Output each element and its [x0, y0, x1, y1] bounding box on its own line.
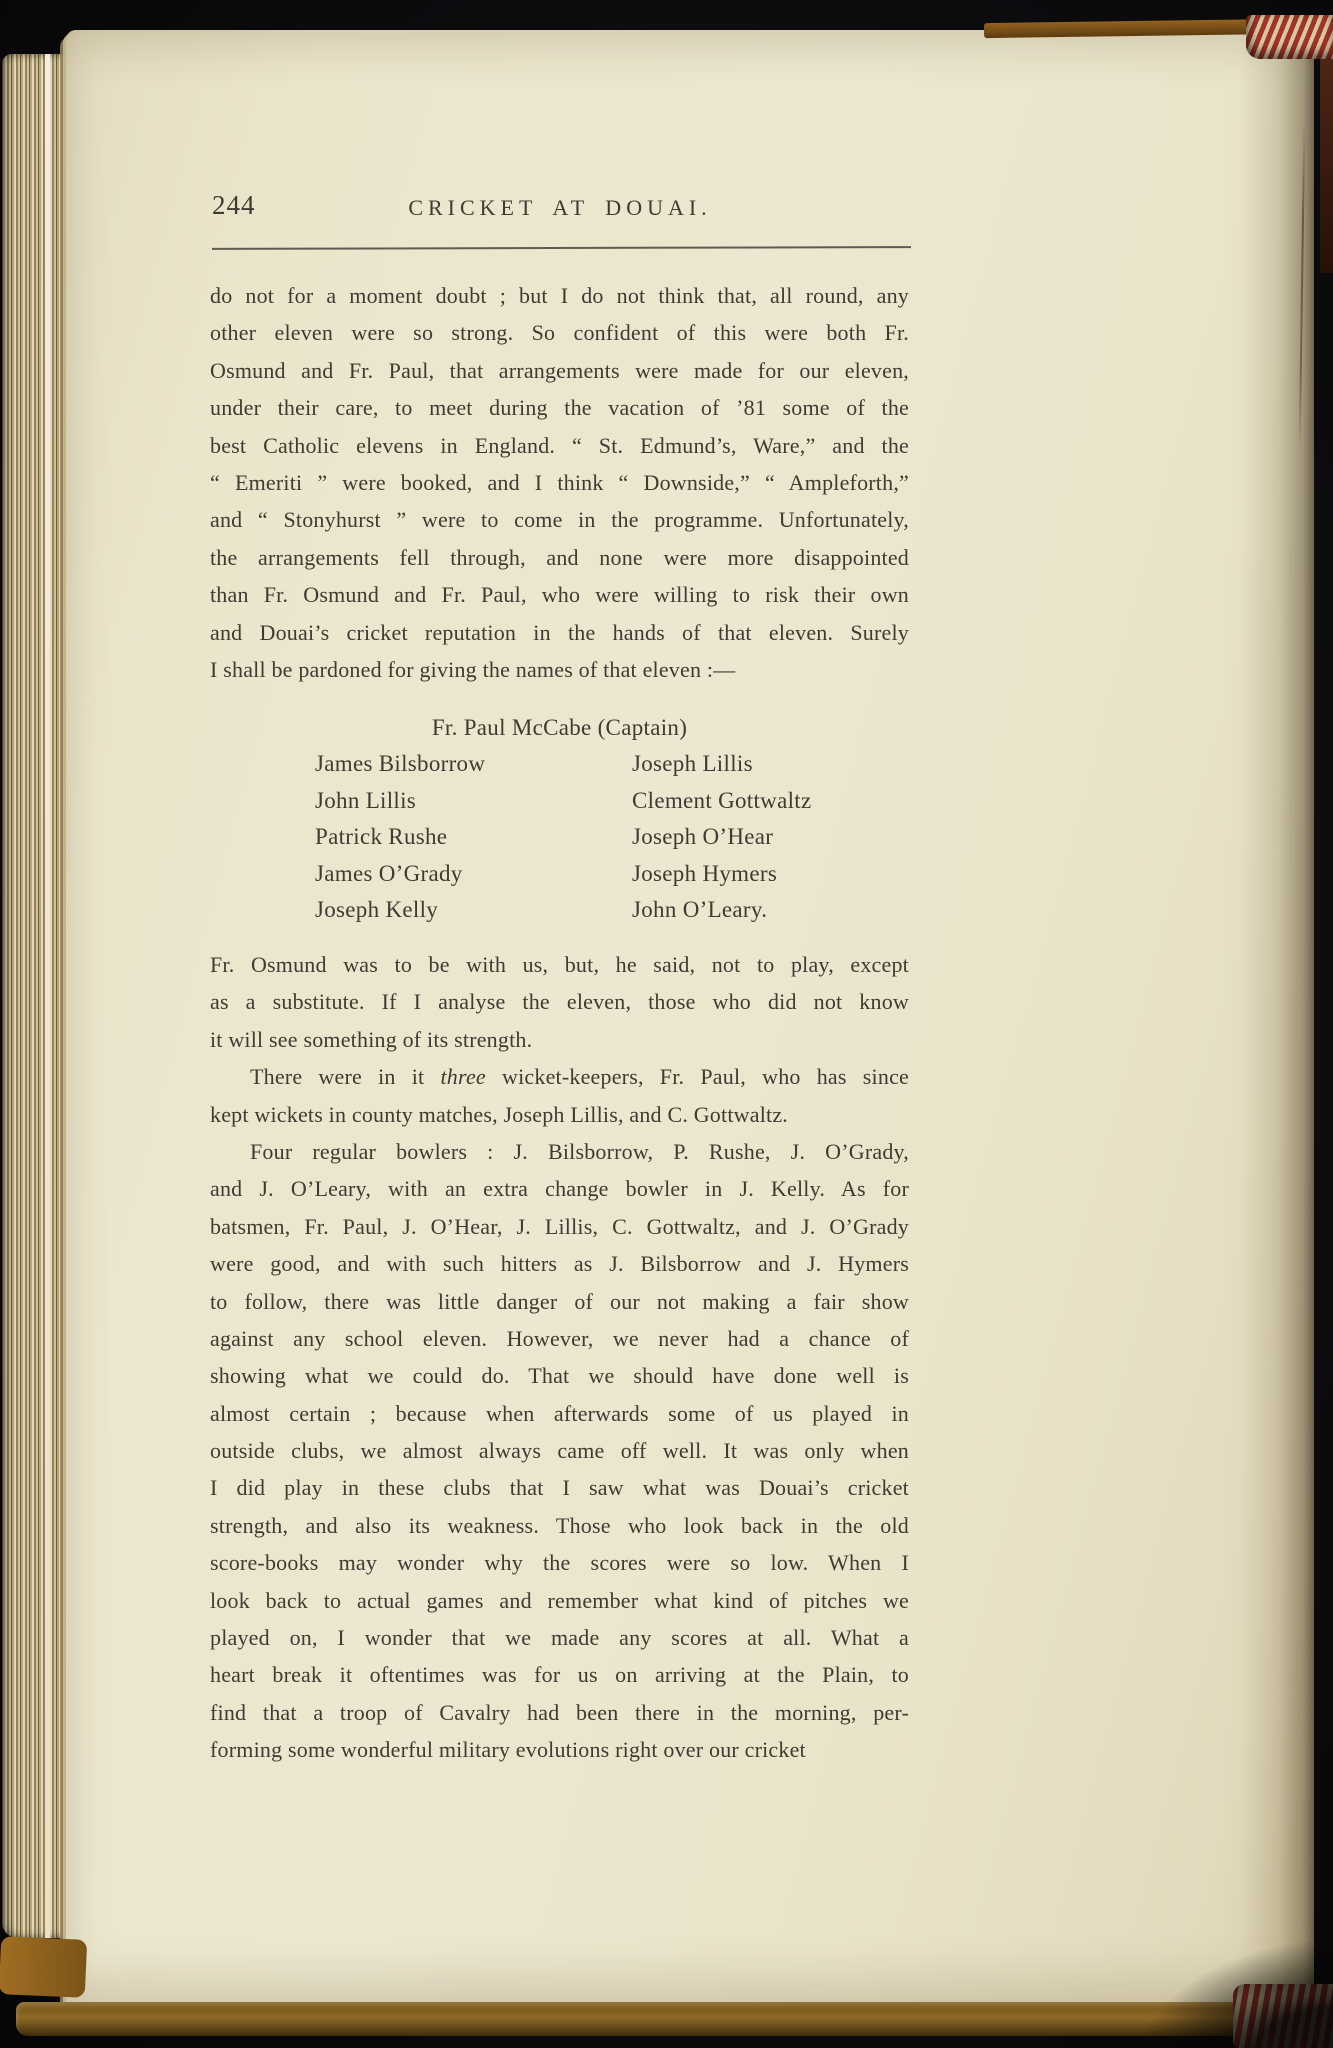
text-line: outside clubs, we almost always came off… [210, 1432, 909, 1469]
team-member: Joseph Hymers [632, 856, 909, 893]
text-line: under their care, to meet during the vac… [210, 389, 909, 426]
text-line: heart break it oftentimes was for us on … [210, 1656, 909, 1693]
text-line: score-books may wonder why the scores we… [210, 1544, 909, 1581]
text-line: and Douai’s cricket reputation in the ha… [210, 614, 909, 651]
book-page: 244 CRICKET AT DOUAI. do not for a momen… [66, 30, 1314, 2006]
text-line: it will see something of its strength. [210, 1021, 909, 1058]
text-line: forming some wonderful military evolutio… [210, 1731, 909, 1768]
text-line: look back to actual games and remember w… [210, 1582, 909, 1619]
text-line: the arrangements fell through, and none … [210, 539, 909, 576]
text-line: I shall be pardoned for giving the names… [210, 651, 909, 688]
paragraphs-after-list: Fr. Osmund was to be with us, but, he sa… [210, 946, 909, 1769]
book-cover-corner-bottom-left [0, 1936, 87, 1998]
team-member: John O’Leary. [632, 892, 909, 929]
text-line: other eleven were so strong. So confiden… [210, 314, 909, 351]
text-line: strength, and also its weakness. Those w… [210, 1507, 909, 1544]
text-line: I did play in these clubs that I saw wha… [210, 1469, 909, 1506]
team-member: Joseph Lillis [632, 746, 909, 783]
page-gutter-shadow [1240, 30, 1314, 2006]
text-line: than Fr. Osmund and Fr. Paul, who were w… [210, 576, 909, 613]
book-cover-edge-bottom [16, 2002, 1256, 2036]
text-line: find that a troop of Cavalry had been th… [210, 1694, 909, 1731]
text-line: Four regular bowlers : J. Bilsborrow, P.… [210, 1133, 909, 1170]
text-line: kept wickets in county matches, Joseph L… [210, 1096, 909, 1133]
team-list: Fr. Paul McCabe (Captain) James Bilsborr… [210, 709, 909, 929]
text-line: There were in it three wicket-keepers, F… [210, 1058, 909, 1095]
team-member: Joseph Kelly [315, 892, 632, 929]
team-member: James Bilsborrow [315, 746, 632, 783]
book-page-edges-left [2, 54, 74, 1938]
text-line: were good, and with such hitters as J. B… [210, 1245, 909, 1282]
header-rule [212, 246, 911, 250]
text-line: batsmen, Fr. Paul, J. O’Hear, J. Lillis,… [210, 1208, 909, 1245]
text-line: “ Emeriti ” were booked, and I think “ D… [210, 464, 909, 501]
running-header: CRICKET AT DOUAI. [210, 195, 910, 221]
text-line: Osmund and Fr. Paul, that arrangements w… [210, 352, 909, 389]
text-line: and “ Stonyhurst ” were to come in the p… [210, 501, 909, 538]
team-member: John Lillis [315, 783, 632, 820]
headband-top-right [1246, 15, 1333, 59]
text-line: do not for a moment doubt ; but I do not… [210, 277, 909, 314]
team-member: Clement Gottwaltz [632, 783, 909, 820]
text-line: played on, I wonder that we made any sco… [210, 1619, 909, 1656]
team-captain-line: Fr. Paul McCabe (Captain) [210, 709, 909, 746]
team-columns: James BilsborrowJohn LillisPatrick Rushe… [210, 746, 909, 929]
photo-background: { "colors": { "ink": "#403a32", "page": … [0, 0, 1333, 2048]
headband-bottom-right [1233, 1984, 1333, 2048]
book-cover-edge-right [1320, 38, 1333, 273]
team-column-left: James BilsborrowJohn LillisPatrick Rushe… [315, 746, 632, 929]
team-member: Patrick Rushe [315, 819, 632, 856]
text-line: Fr. Osmund was to be with us, but, he sa… [210, 946, 909, 983]
team-column-right: Joseph LillisClement GottwaltzJoseph O’H… [632, 746, 909, 929]
text-line: against any school eleven. However, we n… [210, 1320, 909, 1357]
text-line: best Catholic elevens in England. “ St. … [210, 427, 909, 464]
text-line: and J. O’Leary, with an extra change bow… [210, 1170, 909, 1207]
paragraph-first: do not for a moment doubt ; but I do not… [210, 277, 909, 688]
text-line: showing what we could do. That we should… [210, 1357, 909, 1394]
team-member: Joseph O’Hear [632, 819, 909, 856]
text-line: to follow, there was little danger of ou… [210, 1283, 909, 1320]
team-member: James O’Grady [315, 856, 632, 893]
text-line: as a substitute. If I analyse the eleven… [210, 983, 909, 1020]
text-line: almost certain ; because when afterwards… [210, 1395, 909, 1432]
